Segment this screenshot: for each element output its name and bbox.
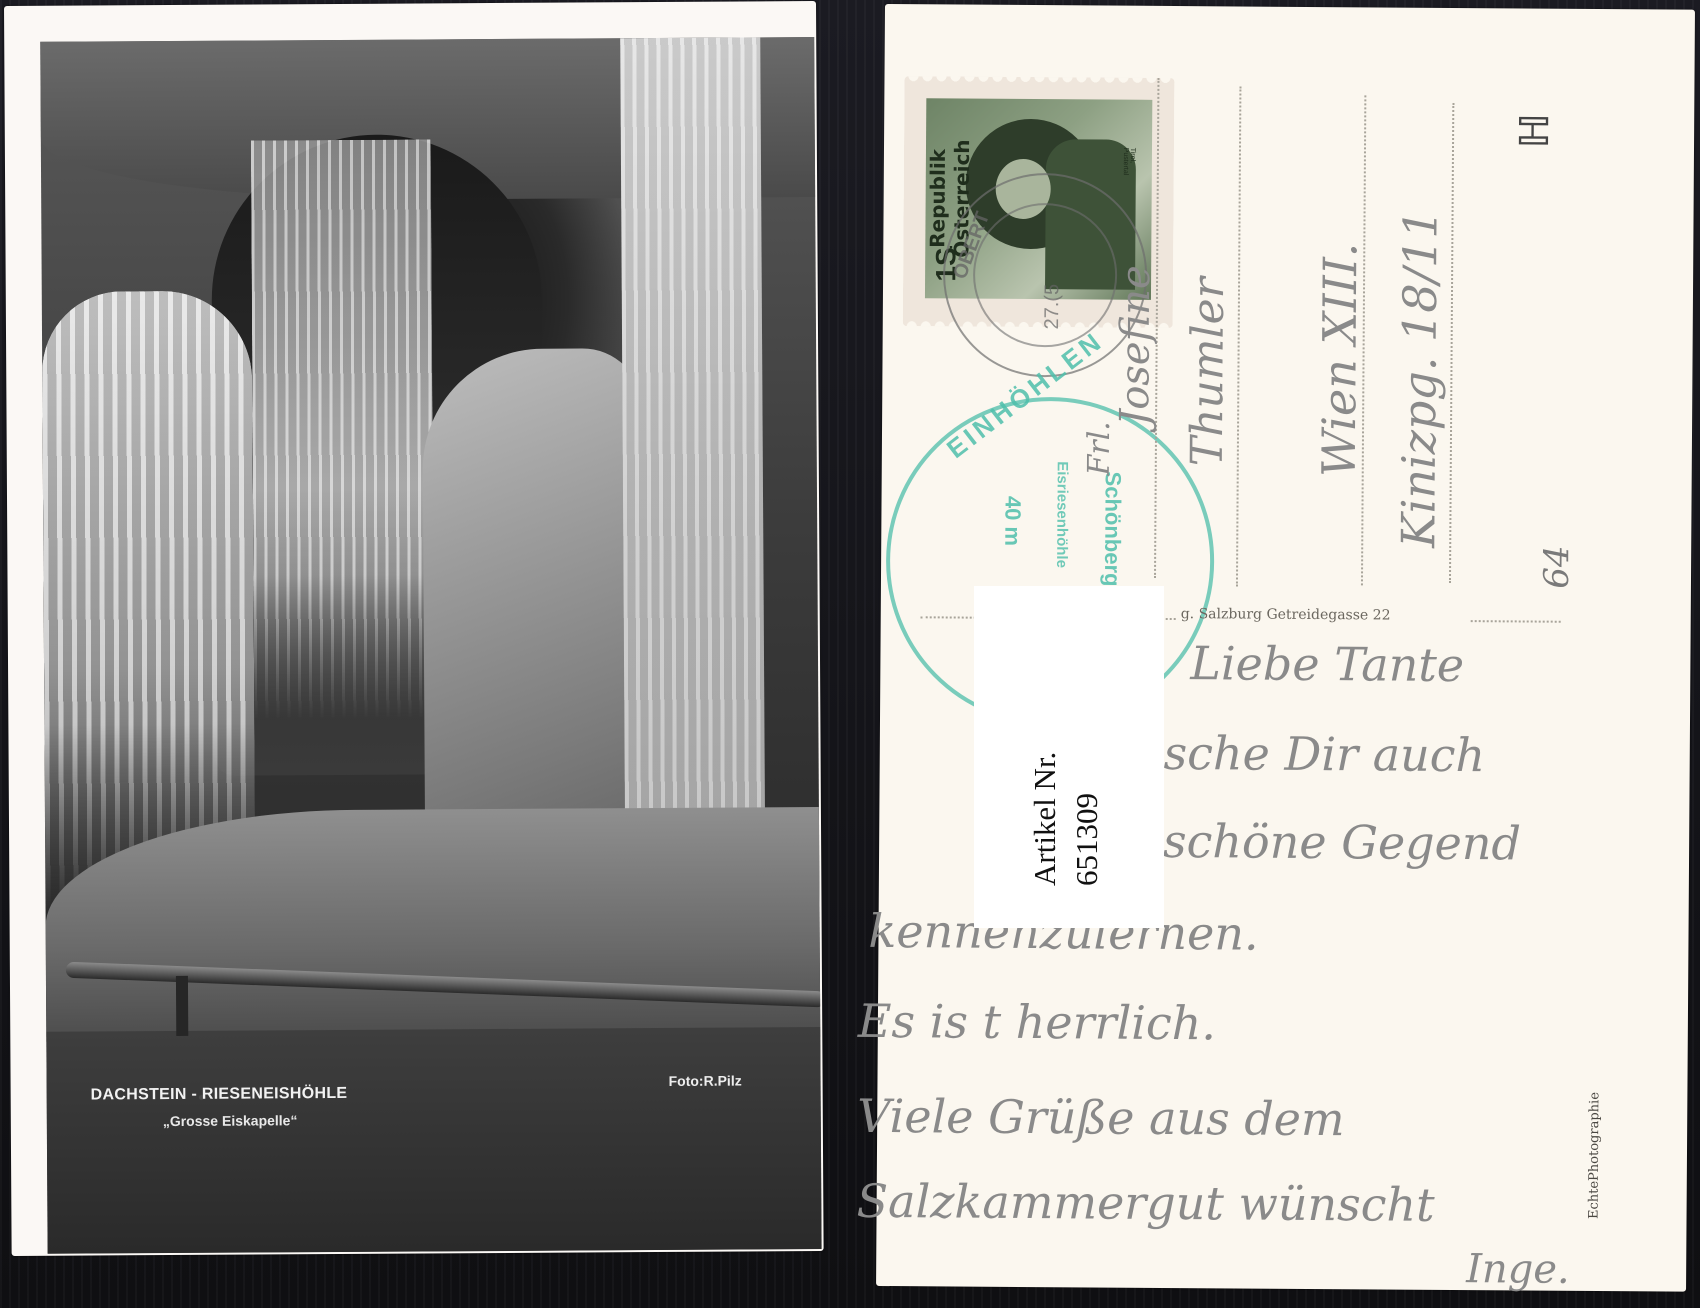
message-line: Viele Grüße aus dem: [857, 1089, 1345, 1146]
message-signature: Inge.: [1466, 1246, 1570, 1293]
cave-ground: [46, 1027, 821, 1254]
cachet-cave-name: Eisriesenhöhle: [1053, 461, 1071, 568]
ice-floor: [45, 807, 820, 1042]
center-icicles: [251, 139, 435, 720]
left-icicles: [42, 290, 256, 911]
message-line: ...sche Dir auch: [1120, 726, 1486, 783]
message-line: Salzkammergut wünscht: [856, 1174, 1434, 1232]
photo-caption-subtitle: „Grosse Eiskapelle“: [163, 1112, 298, 1129]
message-line: ...schöne Gegend: [1119, 814, 1521, 871]
photo-credit: Foto:R.Pilz: [669, 1073, 742, 1089]
postmark-date: 27.(5: [1041, 284, 1064, 330]
message-line: Liebe Tante: [1190, 636, 1464, 692]
recipient-street: Kinizpg. 18/11: [1391, 209, 1447, 548]
pencil-code: ℍ: [1512, 113, 1558, 149]
recipient-first-name: Josefine: [1112, 265, 1159, 426]
ice-cave-photo: DACHSTEIN - RIESENEISHÖHLE „Grosse Eiska…: [40, 37, 821, 1254]
recipient-city: Wien XIII.: [1312, 242, 1368, 477]
cachet-altitude: 40 m: [999, 496, 1025, 546]
photo-caption-title: DACHSTEIN - RIESENEISHÖHLE: [91, 1085, 348, 1105]
article-label-title: Artikel Nr.: [1024, 626, 1066, 886]
pencil-note: 64: [1537, 545, 1577, 589]
stamp-artist-credit: Tirol, Pustertal: [1122, 148, 1136, 186]
article-number: 651309: [1066, 626, 1108, 886]
postcard-front: DACHSTEIN - RIESENEISHÖHLE „Grosse Eiska…: [4, 1, 824, 1256]
publisher-imprint: g. Salzburg Getreidegasse 22: [1181, 606, 1391, 623]
side-imprint: EchtePhotographie: [1587, 1092, 1603, 1219]
address-line: [1449, 103, 1454, 583]
article-number-label: Artikel Nr. 651309: [974, 586, 1164, 928]
recipient-last-name: Thumler: [1182, 277, 1234, 466]
publisher-dotted-line: [1471, 620, 1561, 623]
message-line: Es is t herrlich.: [858, 994, 1216, 1050]
recipient-title: Frl.: [1082, 421, 1117, 476]
address-line: [1236, 86, 1241, 586]
railing-post: [176, 976, 188, 1036]
